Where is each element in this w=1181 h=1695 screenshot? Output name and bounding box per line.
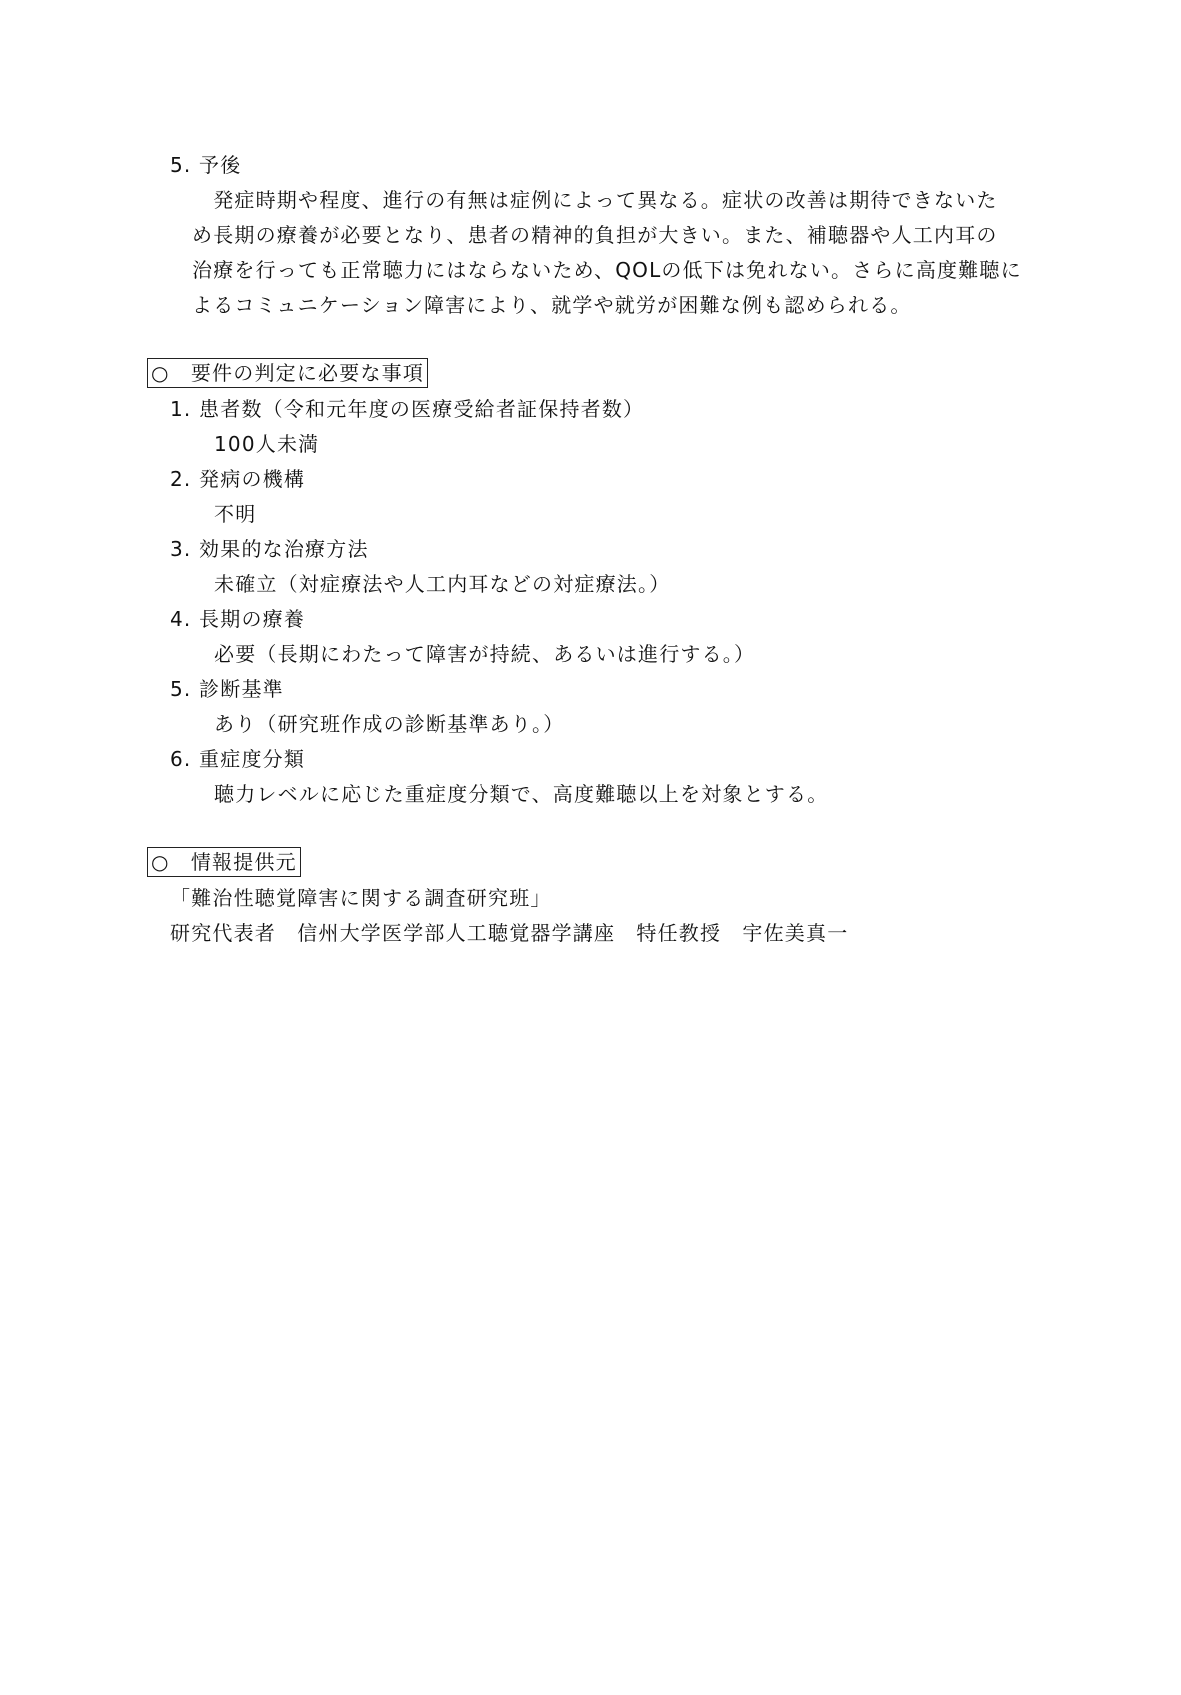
prognosis-line: よるコミュニケーション障害により、就学や就労が困難な例も認められる。 bbox=[192, 293, 912, 317]
prognosis-heading: 5. 予後 bbox=[170, 153, 241, 177]
research-group: 「難治性聴覚障害に関する調査研究班」 bbox=[170, 886, 552, 910]
requirement-heading: 5. 診断基準 bbox=[170, 677, 284, 701]
requirement-heading: 6. 重症度分類 bbox=[170, 747, 305, 771]
requirement-value: 100人未満 bbox=[214, 432, 319, 456]
requirement-heading: 4. 長期の療養 bbox=[170, 607, 305, 631]
requirement-heading: 2. 発病の機構 bbox=[170, 467, 305, 491]
prognosis-line: 治療を行っても正常聴力にはならないため、QOLの低下は免れない。さらに高度難聴に bbox=[192, 258, 1022, 282]
requirement-heading: 3. 効果的な治療方法 bbox=[170, 537, 369, 561]
requirement-heading: 1. 患者数（令和元年度の医療受給者証保持者数） bbox=[170, 397, 644, 421]
section-title-requirements: ○ 要件の判定に必要な事項 bbox=[147, 358, 428, 388]
prognosis-line: 発症時期や程度、進行の有無は症例によって異なる。症状の改善は期待できないた bbox=[192, 188, 998, 212]
representative: 研究代表者 信州大学医学部人工聴覚器学講座 特任教授 宇佐美真一 bbox=[170, 921, 848, 945]
requirement-value: 聴力レベルに応じた重症度分類で、高度難聴以上を対象とする。 bbox=[214, 782, 828, 806]
prognosis-line: め長期の療養が必要となり、患者の精神的負担が大きい。また、補聴器や人工内耳の bbox=[192, 223, 998, 247]
requirement-value: あり（研究班作成の診断基準あり。） bbox=[214, 712, 564, 736]
requirement-value: 必要（長期にわたって障害が持続、あるいは進行する。） bbox=[214, 642, 755, 666]
requirement-value: 未確立（対症療法や人工内耳などの対症療法。） bbox=[214, 572, 670, 596]
section-title-source: ○ 情報提供元 bbox=[147, 847, 301, 877]
requirement-value: 不明 bbox=[214, 502, 256, 526]
